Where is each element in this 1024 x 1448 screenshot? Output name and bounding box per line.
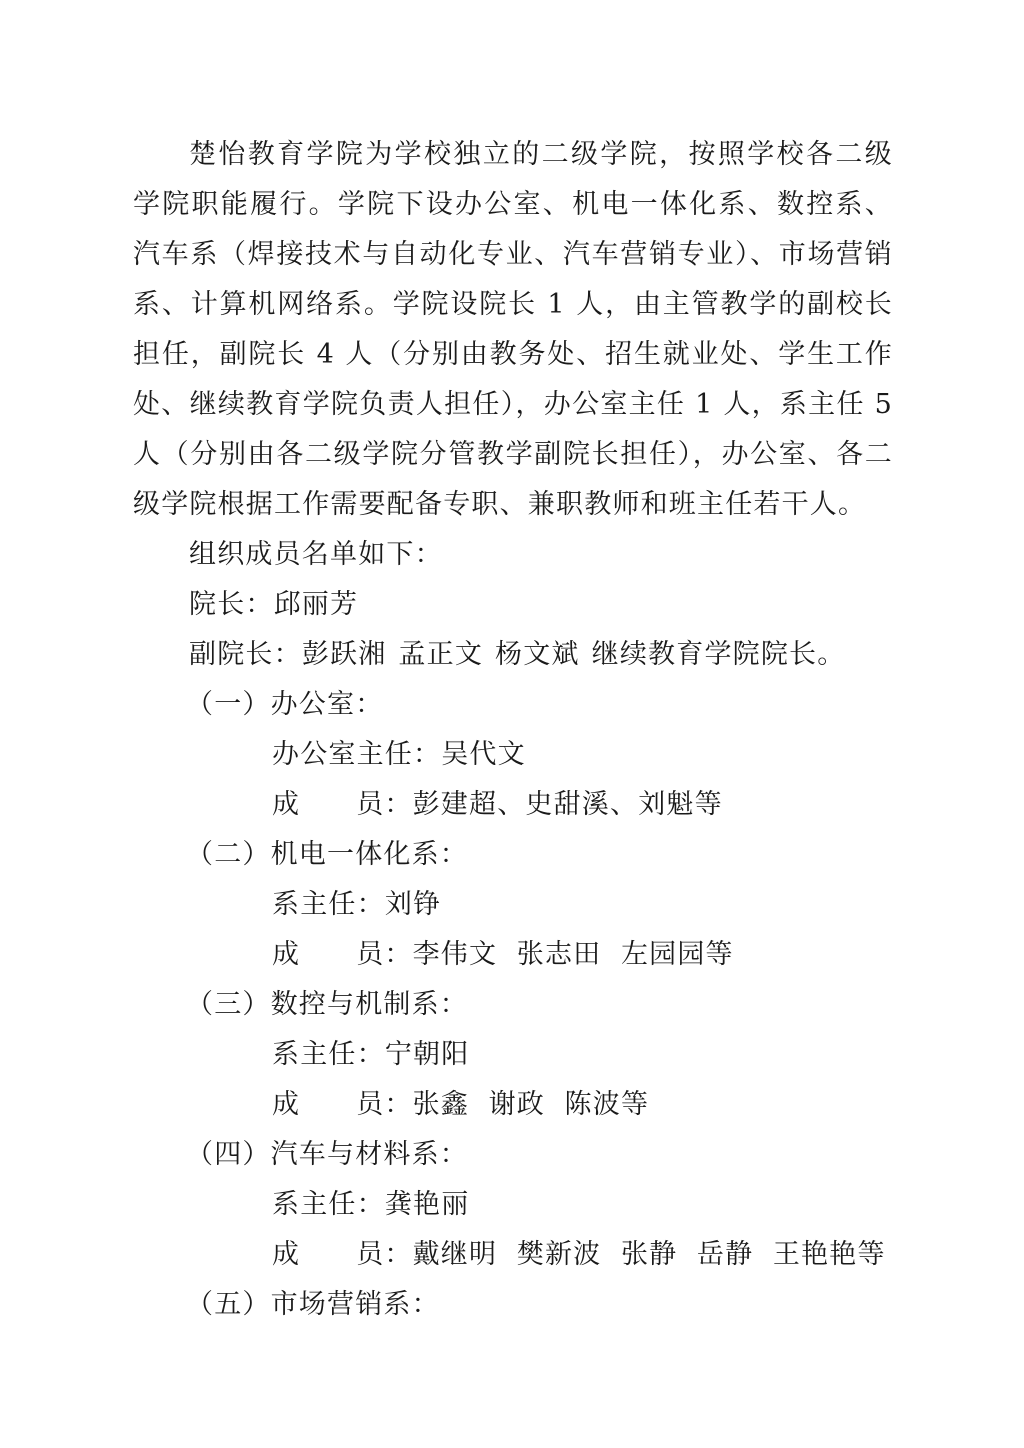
head-label: 系主任： [272, 889, 385, 920]
section-title: 机电一体化系： [271, 839, 468, 870]
section-title: 数控与机制系： [271, 989, 468, 1020]
intro-paragraph: 楚怡教育学院为学校独立的二级学院，按照学校各二级学院职能履行。学院下设办公室、机… [133, 130, 893, 530]
section-heading: （一）办公室： [186, 680, 383, 730]
members: 彭建超、史甜溪、刘魁等 [413, 789, 723, 820]
section-number: （一） [186, 689, 271, 720]
members-label-b: 员： [356, 939, 412, 970]
members-label-a: 成 [272, 789, 300, 820]
members-label-a: 成 [272, 1089, 300, 1120]
list-intro: 组织成员名单如下： [189, 530, 443, 580]
head-name: 刘铮 [385, 889, 441, 920]
head-name: 龚艳丽 [385, 1189, 470, 1220]
document-page: 楚怡教育学院为学校独立的二级学院，按照学校各二级学院职能履行。学院下设办公室、机… [0, 0, 1024, 1448]
members-label-a: 成 [272, 939, 300, 970]
dean-label: 院长： [189, 589, 274, 620]
section-number: （二） [186, 839, 271, 870]
vice-dean-name: 彭跃湘 [302, 639, 387, 670]
section-number: （四） [186, 1139, 271, 1170]
members-label-b: 员： [356, 789, 412, 820]
section-members-line: 成员：张鑫 谢政 陈波等 [272, 1080, 649, 1130]
section-members-line: 成员：李伟文 张志田 左园园等 [272, 930, 734, 980]
members: 戴继明 樊新波 张静 岳静 王艳艳等 [413, 1239, 886, 1270]
vice-deans-label: 副院长： [189, 639, 302, 670]
section-title: 办公室： [271, 689, 384, 720]
section-members-line: 成员：彭建超、史甜溪、刘魁等 [272, 780, 723, 830]
section-head-line: 办公室主任：吴代文 [272, 730, 526, 780]
section-title: 市场营销系： [271, 1289, 440, 1320]
section-heading: （二）机电一体化系： [186, 830, 468, 880]
section-heading: （三）数控与机制系： [186, 980, 468, 1030]
dean-name: 邱丽芳 [274, 589, 359, 620]
head-label: 办公室主任： [272, 739, 441, 770]
members-label-b: 员： [356, 1239, 412, 1270]
section-number: （三） [186, 989, 271, 1020]
section-head-line: 系主任：龚艳丽 [272, 1180, 469, 1230]
members-label-b: 员： [356, 1089, 412, 1120]
head-name: 宁朝阳 [385, 1039, 470, 1070]
members-label-a: 成 [272, 1239, 300, 1270]
members: 李伟文 张志田 左园园等 [413, 939, 734, 970]
section-members-line: 成员：戴继明 樊新波 张静 岳静 王艳艳等 [272, 1230, 886, 1280]
vice-dean-name: 继续教育学院院长。 [592, 639, 846, 670]
dean-line: 院长：邱丽芳 [189, 580, 358, 630]
vice-deans-line: 副院长：彭跃湘孟正文杨文斌继续教育学院院长。 [189, 630, 845, 680]
members: 张鑫 谢政 陈波等 [413, 1089, 650, 1120]
vice-dean-name: 杨文斌 [495, 639, 580, 670]
section-head-line: 系主任：宁朝阳 [272, 1030, 469, 1080]
section-heading: （五）市场营销系： [186, 1280, 440, 1330]
section-number: （五） [186, 1289, 271, 1320]
vice-dean-name: 孟正文 [398, 639, 483, 670]
head-label: 系主任： [272, 1189, 385, 1220]
section-head-line: 系主任：刘铮 [272, 880, 441, 930]
section-title: 汽车与材料系： [271, 1139, 468, 1170]
head-label: 系主任： [272, 1039, 385, 1070]
section-heading: （四）汽车与材料系： [186, 1130, 468, 1180]
head-name: 吴代文 [441, 739, 526, 770]
